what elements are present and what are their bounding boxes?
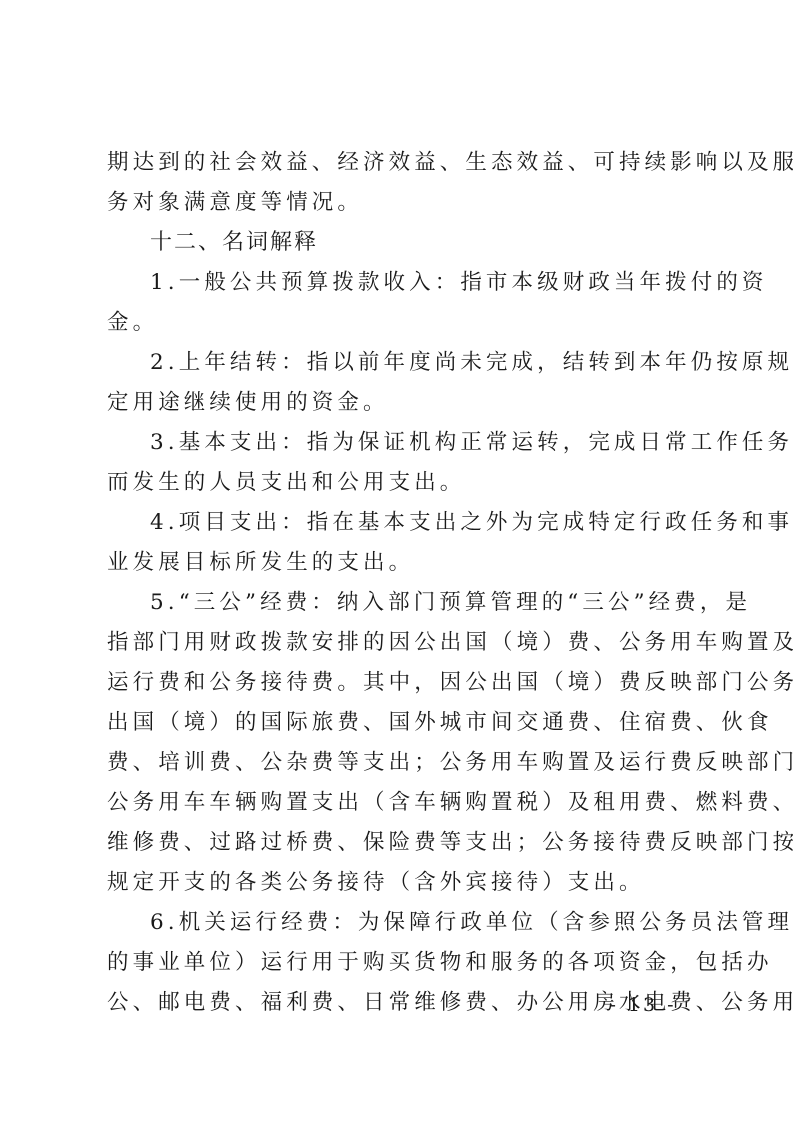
definition-item-1: 1.一般公共预算拨款收入：指市本级财政当年拨付的资 (150, 263, 697, 303)
definition-item-4: 4.项目支出：指在基本支出之外为完成特定行政任务和事 (150, 503, 697, 543)
body-text-line: 维修费、过路过桥费、保险费等支出；公务接待费反映部门按 (107, 823, 697, 863)
body-text-line: 费、培训费、公杂费等支出；公务用车购置及运行费反映部门 (107, 743, 697, 783)
body-text-line: 指部门用财政拨款安排的因公出国（境）费、公务用车购置及 (107, 623, 697, 663)
body-text-line: 而发生的人员支出和公用支出。 (107, 463, 697, 503)
body-text-line: 的事业单位）运行用于购买货物和服务的各项资金，包括办 (107, 943, 697, 983)
body-text-line: 期达到的社会效益、经济效益、生态效益、可持续影响以及服 (107, 143, 697, 183)
page-number: - 13 - (608, 990, 678, 1020)
section-heading: 十二、名词解释 (150, 223, 697, 263)
definition-item-2: 2.上年结转：指以前年度尚未完成，结转到本年仍按原规 (150, 343, 697, 383)
body-text-line: 出国（境）的国际旅费、国外城市间交通费、住宿费、伙食 (107, 703, 697, 743)
definition-item-6: 6.机关运行经费：为保障行政单位（含参照公务员法管理 (150, 903, 697, 943)
body-text-line: 务对象满意度等情况。 (107, 183, 697, 223)
body-text-line: 运行费和公务接待费。其中，因公出国（境）费反映部门公务 (107, 663, 697, 703)
body-text-line: 规定开支的各类公务接待（含外宾接待）支出。 (107, 863, 697, 903)
body-text-line: 公务用车车辆购置支出（含车辆购置税）及租用费、燃料费、 (107, 783, 697, 823)
document-page: 期达到的社会效益、经济效益、生态效益、可持续影响以及服 务对象满意度等情况。 十… (0, 0, 793, 1122)
definition-item-3: 3.基本支出：指为保证机构正常运转，完成日常工作任务 (150, 423, 697, 463)
body-text-line: 业发展目标所发生的支出。 (107, 543, 697, 583)
body-text-line: 定用途继续使用的资金。 (107, 383, 697, 423)
body-text-line: 金。 (107, 303, 697, 343)
definition-item-5: 5.“三公”经费：纳入部门预算管理的“三公”经费，是 (150, 583, 697, 623)
